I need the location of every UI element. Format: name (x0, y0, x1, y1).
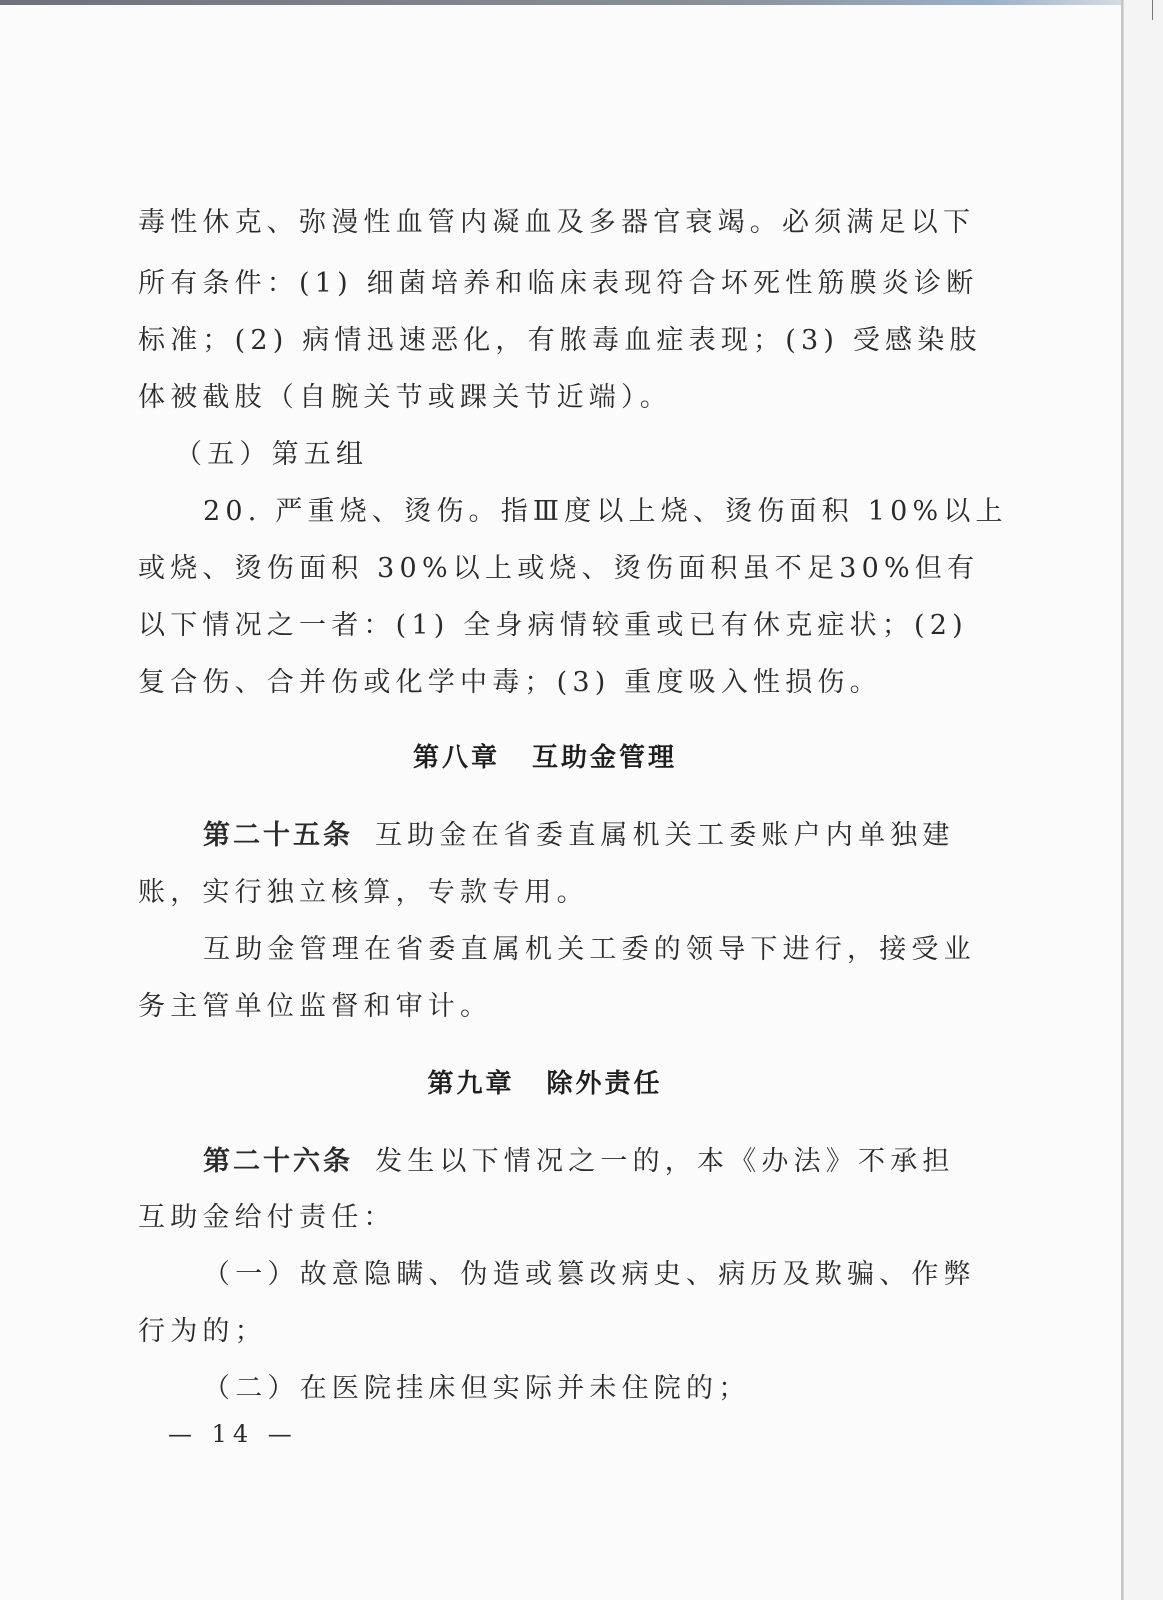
list-item: （二）在医院挂床但实际并未住院的； (203, 1371, 1023, 1407)
chapter-title: 除外责任 (547, 1069, 663, 1099)
list-item: （一）故意隐瞒、伪造或篡改病史、病历及欺骗、作弊 (203, 1257, 1023, 1293)
paragraph-line: 以下情况之一者：(1) 全身病情较重或已有休克症状；(2) (138, 608, 958, 644)
chapter-heading-8: 第八章互助金管理 (0, 737, 1090, 774)
article-25-line1: 第二十五条互助金在省委直属机关工委账户内单独建 (203, 818, 1023, 854)
scan-edge-mark (1152, 0, 1153, 20)
paragraph-line: 体被截肢（自腕关节或踝关节近端）。 (138, 380, 958, 416)
group-heading: （五）第五组 (175, 437, 995, 473)
article-26-line1: 第二十六条发生以下情况之一的，本《办法》不承担 (203, 1144, 1023, 1180)
paragraph-line: 复合伤、合并伤或化学中毒；(3) 重度吸入性损伤。 (138, 665, 958, 701)
page-number: — 14 — (168, 1420, 298, 1448)
chapter-heading-9: 第九章除外责任 (0, 1063, 1090, 1100)
chapter-number: 第九章 (427, 1069, 514, 1099)
scan-right-margin (1124, 0, 1163, 1600)
chapter-number: 第八章 (413, 743, 500, 773)
scan-top-edge (0, 0, 1163, 5)
chapter-title: 互助金管理 (532, 743, 677, 773)
paragraph-line: 毒性休克、弥漫性血管内凝血及多器官衰竭。必须满足以下 (138, 205, 958, 241)
article-text: 发生以下情况之一的，本《办法》不承担 (375, 1146, 955, 1177)
article-label: 第二十五条 (203, 820, 353, 851)
paragraph-line: 互助金管理在省委直属机关工委的领导下进行，接受业 (203, 932, 1023, 968)
paragraph-line: 标准；(2) 病情迅速恶化，有脓毒血症表现；(3) 受感染肢 (138, 323, 958, 359)
paragraph-line: 互助金给付责任： (138, 1200, 958, 1236)
paragraph-line: 或烧、烫伤面积 30%以上或烧、烫伤面积虽不足30%但有 (138, 551, 958, 587)
paragraph-line: 账，实行独立核算，专款专用。 (138, 875, 958, 911)
paragraph-line: 所有条件：(1) 细菌培养和临床表现符合坏死性筋膜炎诊断 (138, 266, 958, 302)
article-label: 第二十六条 (203, 1146, 353, 1177)
paragraph-line: 行为的； (138, 1314, 958, 1350)
article-text: 互助金在省委直属机关工委账户内单独建 (375, 820, 955, 851)
scan-fold-line (1121, 0, 1124, 1600)
paragraph-line: 20. 严重烧、烫伤。指Ⅲ度以上烧、烫伤面积 10%以上 (203, 494, 1023, 530)
paragraph-line: 务主管单位监督和审计。 (138, 989, 958, 1025)
